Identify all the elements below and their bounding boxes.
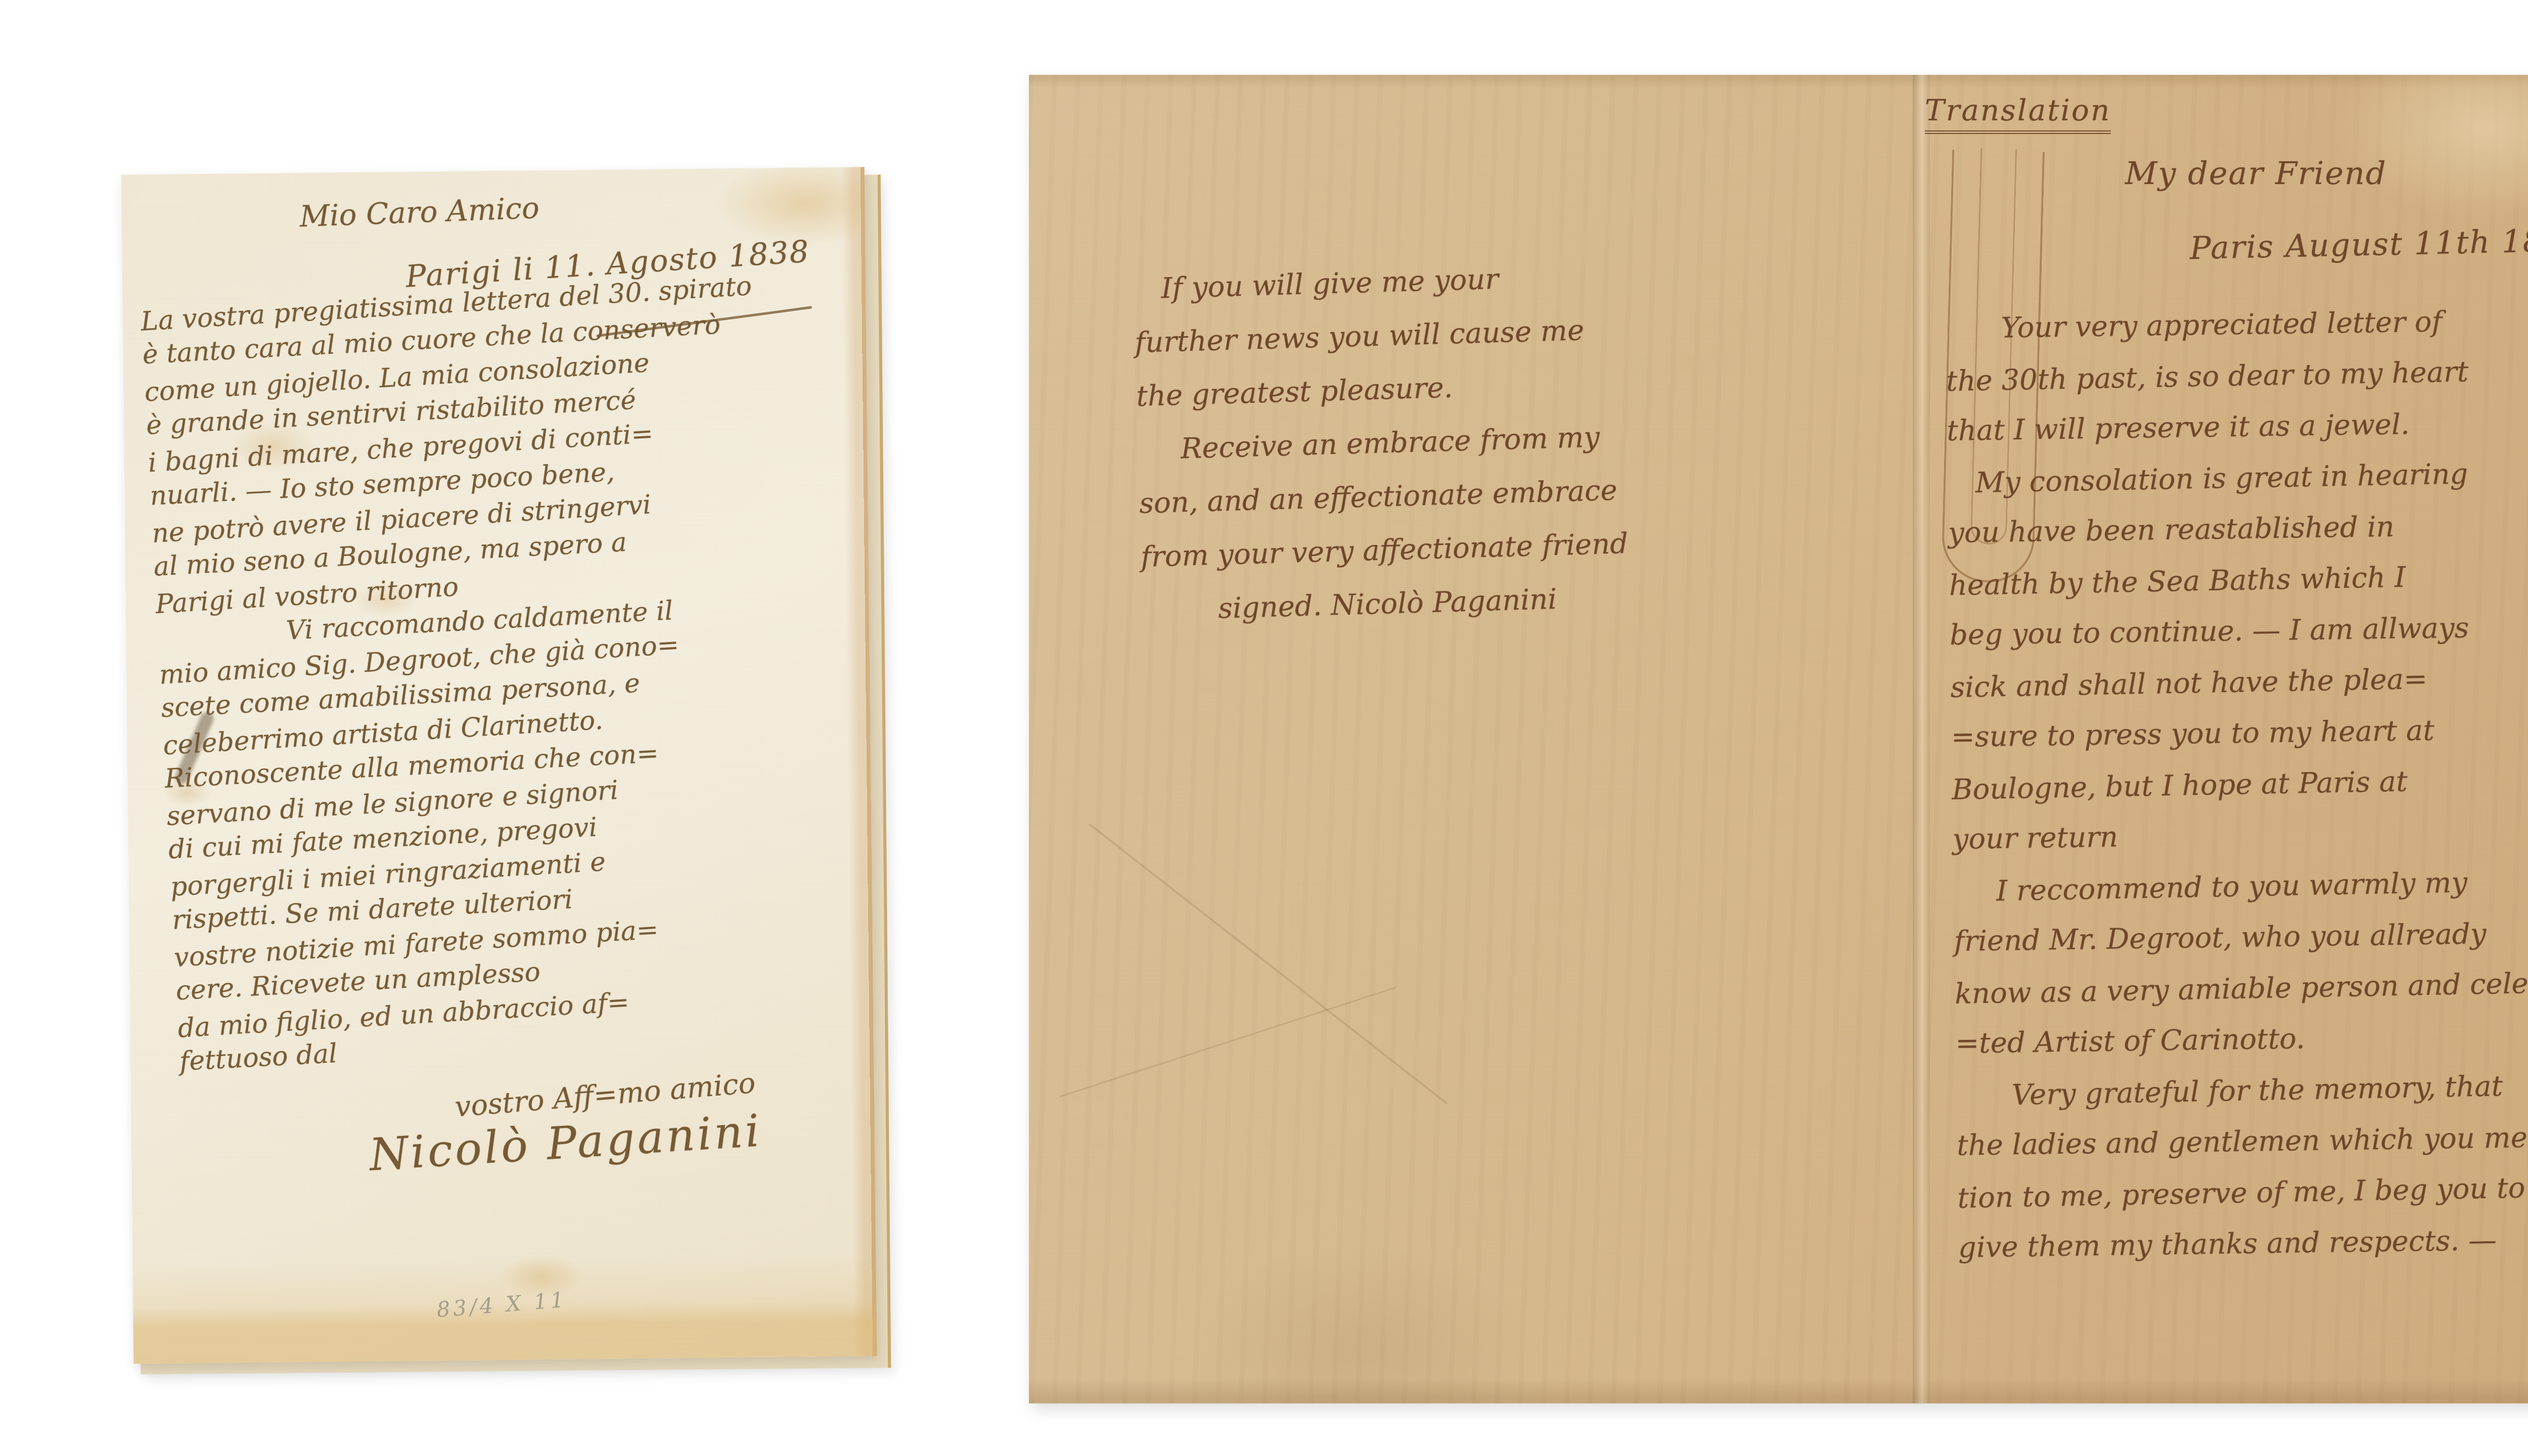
italian-letter-page: Mio Caro Amico Parigi li 11. Agosto 1838… — [121, 167, 877, 1363]
letter-line: Your very appreciated letter of — [1945, 293, 2528, 354]
translation-heading: Translation — [1925, 93, 2111, 134]
translation-right-page-body: Your very appreciated letter of the 30th… — [1945, 293, 2528, 1273]
translation-left-page: If you will give me your further news yo… — [1133, 242, 1911, 638]
paganini-signature: Nicolò Paganini — [368, 1104, 763, 1181]
italian-letter-body: La vostra pregiatissima lettera del 30. … — [140, 264, 897, 1079]
diagonal-crease — [1089, 823, 1449, 1105]
italian-salutation: Mio Caro Amico — [299, 191, 539, 234]
translation-salutation: My dear Friend — [2125, 155, 2387, 192]
translation-dateline: Paris August 11th 1838 — [2189, 221, 2528, 266]
center-fold-crease — [1913, 75, 1930, 1403]
diagonal-crease — [1059, 987, 1396, 1098]
translation-bifolium: If you will give me your further news yo… — [1029, 75, 2528, 1403]
pencil-size-note: 83/4 X 11 — [436, 1287, 568, 1323]
